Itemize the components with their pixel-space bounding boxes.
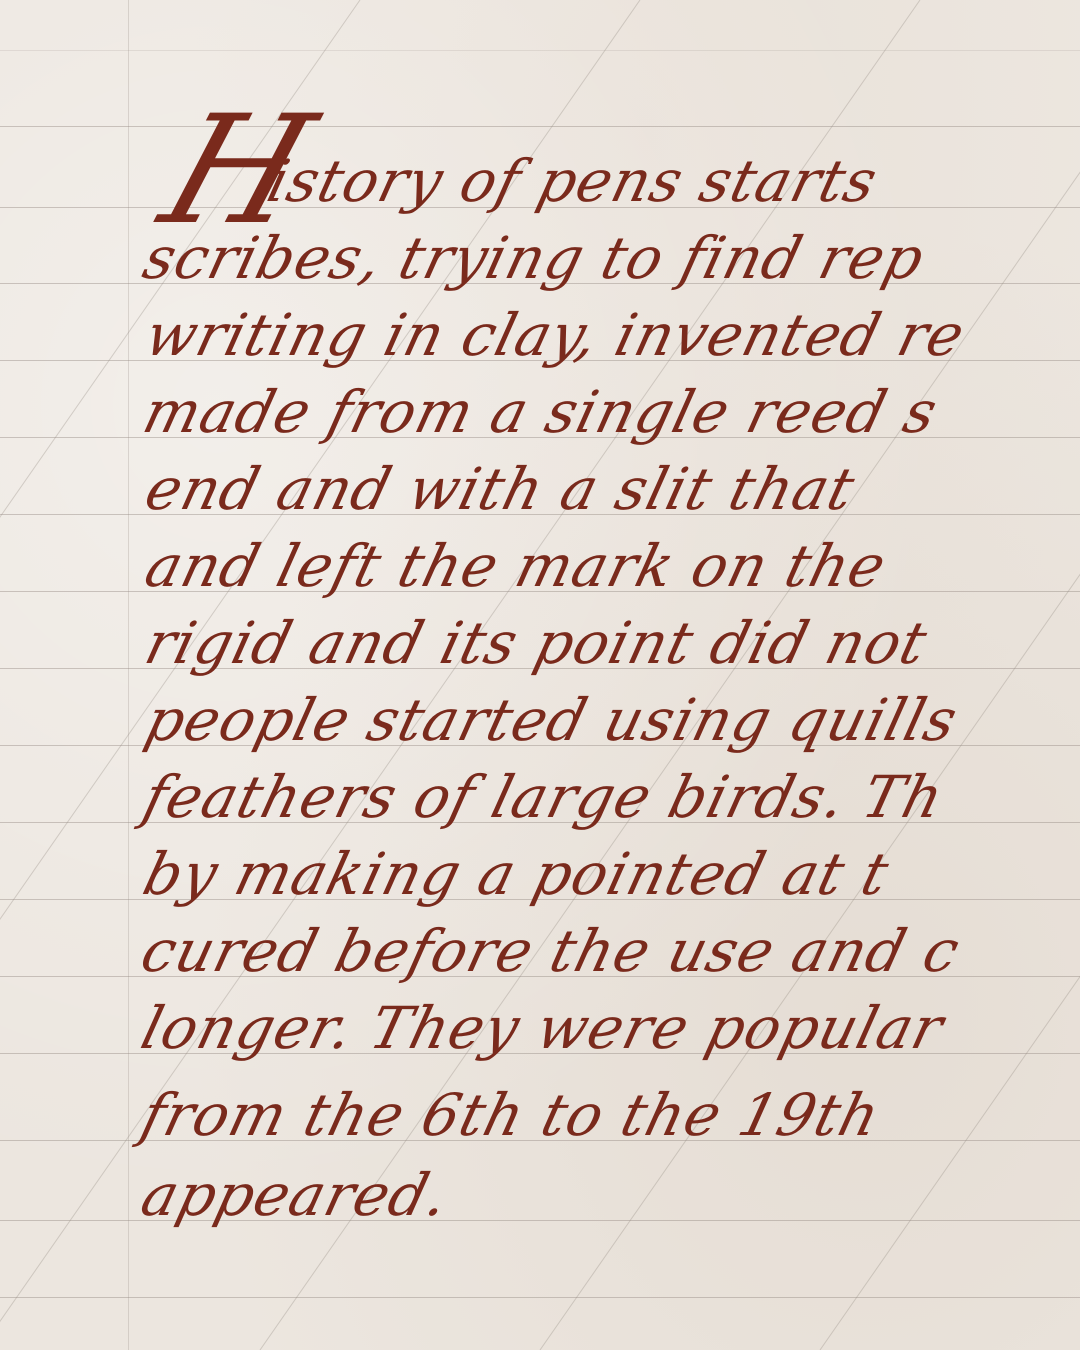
- text-line-8: people started using quills: [140, 691, 963, 749]
- text-line-14: appeared.: [136, 1166, 455, 1224]
- text-line-1: istory of pens starts: [262, 152, 883, 210]
- text-line-10: by making a pointed at t: [138, 845, 895, 903]
- text-line-2: scribes, trying to find rep: [138, 229, 930, 287]
- handwritten-text: H istory of pens starts scribes, trying …: [0, 0, 1080, 1350]
- text-line-6: and left the mark on the: [140, 537, 892, 595]
- text-line-13: from the 6th to the 19th: [136, 1086, 886, 1144]
- paper-sheet: H istory of pens starts scribes, trying …: [0, 0, 1080, 1350]
- text-line-5: end and with a slit that: [140, 460, 861, 518]
- text-line-7: rigid and its point did not: [140, 614, 933, 672]
- text-line-9: feathers of large birds. Th: [138, 768, 950, 826]
- text-line-3: writing in clay, invented re: [140, 306, 971, 364]
- text-line-12: longer. They were popular: [136, 999, 949, 1057]
- text-line-11: cured before the use and c: [136, 922, 966, 980]
- text-line-4: made from a single reed s: [138, 383, 943, 441]
